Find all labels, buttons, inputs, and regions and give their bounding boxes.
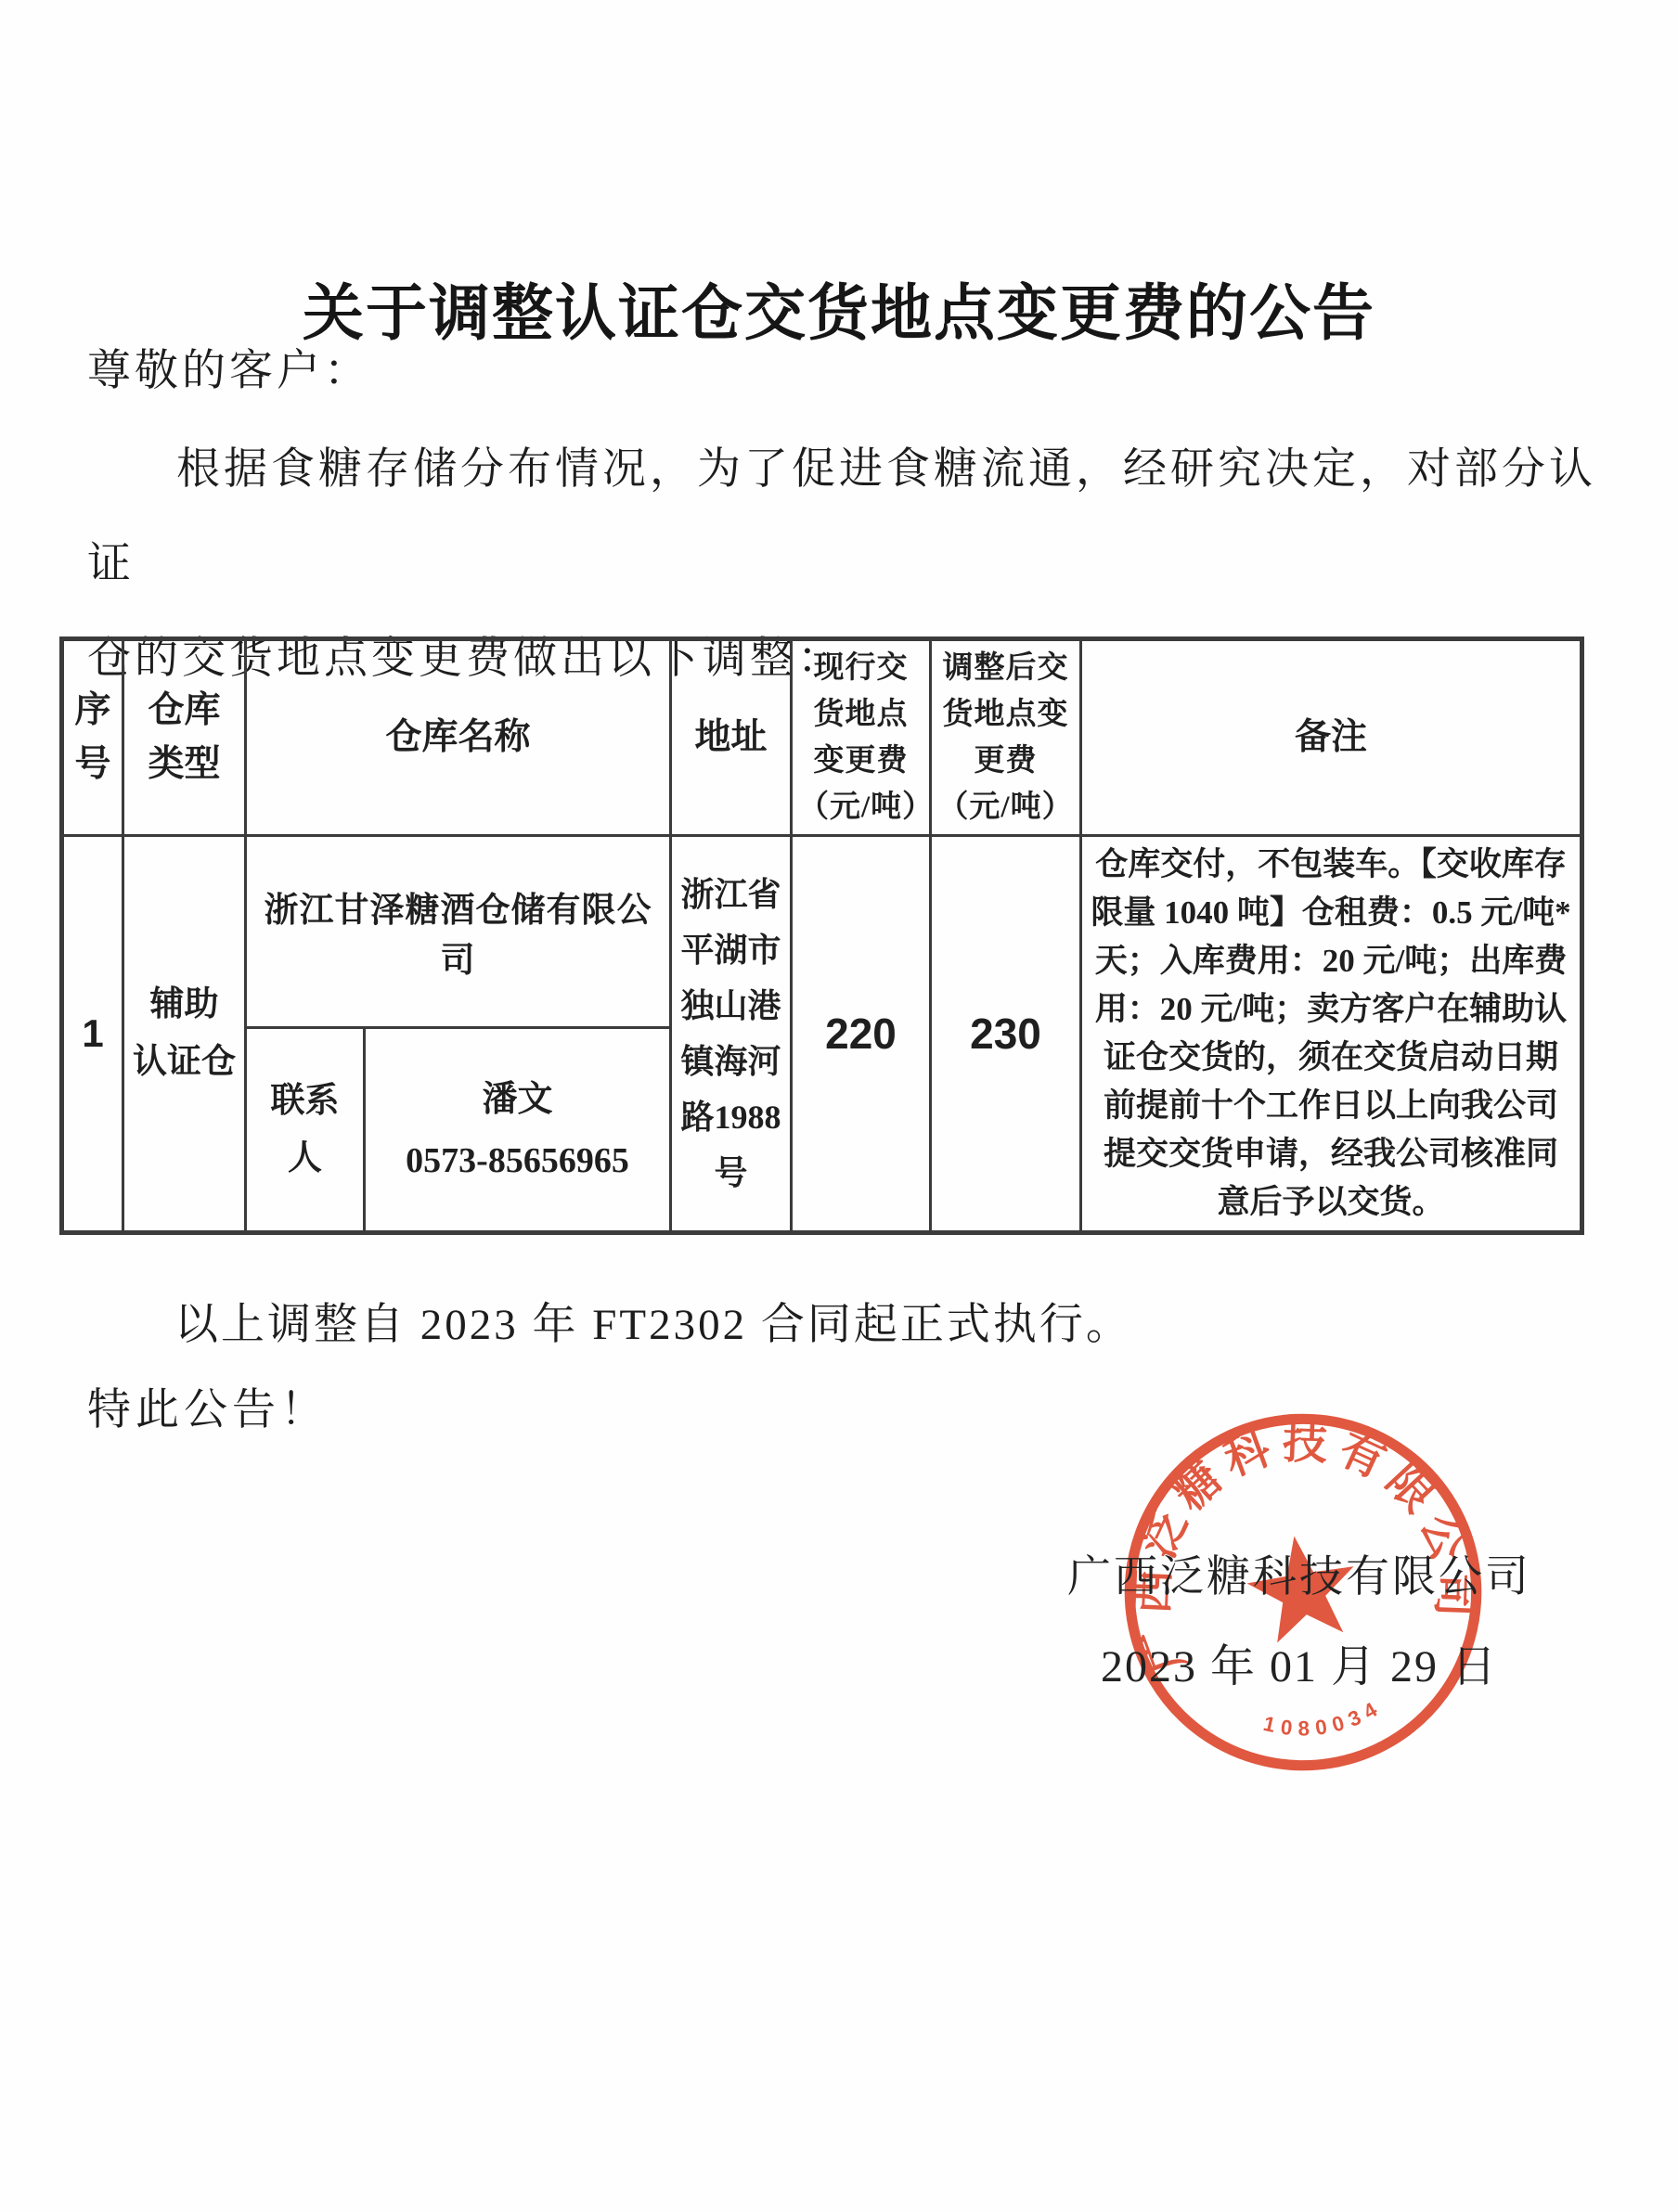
header-current-fee: 现行交 货地点 变更费 （元/吨）	[792, 639, 931, 836]
signature-company-name: 广西泛糖科技有限公司	[1067, 1542, 1531, 1604]
cell-warehouse-type: 辅助 认证仓	[123, 836, 246, 1233]
header-warehouse-name: 仓库名称	[246, 639, 671, 836]
cell-contact-label: 联系 人	[246, 1028, 365, 1233]
header-adjusted-fee: 调整后交 货地点变 更费 （元/吨）	[931, 639, 1081, 836]
table-row: 1 辅助 认证仓 浙江甘泽糖酒仓储有限公司 浙江省 平湖市 独山港 镇海河 路1…	[62, 836, 1582, 1028]
cell-remark: 仓库交付，不包装车。【交收库存限量 1040 吨】仓租费：0.5 元/吨*天；入…	[1081, 836, 1582, 1233]
signature-date: 2023 年 01 月 29 日	[1081, 1630, 1517, 1694]
cell-adjusted-fee: 230	[931, 836, 1081, 1233]
document-page: 关于调整认证仓交货地点变更费的公告 尊敬的客户： 根据食糖存储分布情况，为了促进…	[0, 0, 1678, 2212]
header-remark: 备注	[1081, 639, 1582, 836]
header-warehouse-type: 仓库 类型	[123, 639, 246, 836]
greeting-line: 尊敬的客户：	[87, 336, 371, 398]
fee-adjustment-table: 序 号 仓库 类型 仓库名称 地址 现行交 货地点 变更费 （元/吨） 调整后交…	[59, 637, 1584, 1235]
cell-address: 浙江省 平湖市 独山港 镇海河 路1988 号	[671, 836, 792, 1233]
cell-current-fee: 220	[792, 836, 931, 1233]
cell-warehouse-name: 浙江甘泽糖酒仓储有限公司	[246, 836, 671, 1028]
header-address: 地址	[671, 639, 792, 836]
cell-seq: 1	[62, 836, 123, 1233]
notice-line: 特此公告！	[87, 1375, 329, 1437]
cell-contact-info: 潘文 0573-85656965	[365, 1028, 671, 1233]
effective-date-line: 以上调整自 2023 年 FT2302 合同起正式执行。	[174, 1290, 1132, 1352]
intro-line-1: 根据食糖存储分布情况，为了促进食糖流通，经研究决定，对部分认证	[87, 422, 1600, 611]
header-seq: 序 号	[62, 639, 123, 836]
table-header-row: 序 号 仓库 类型 仓库名称 地址 现行交 货地点 变更费 （元/吨） 调整后交…	[62, 639, 1582, 836]
